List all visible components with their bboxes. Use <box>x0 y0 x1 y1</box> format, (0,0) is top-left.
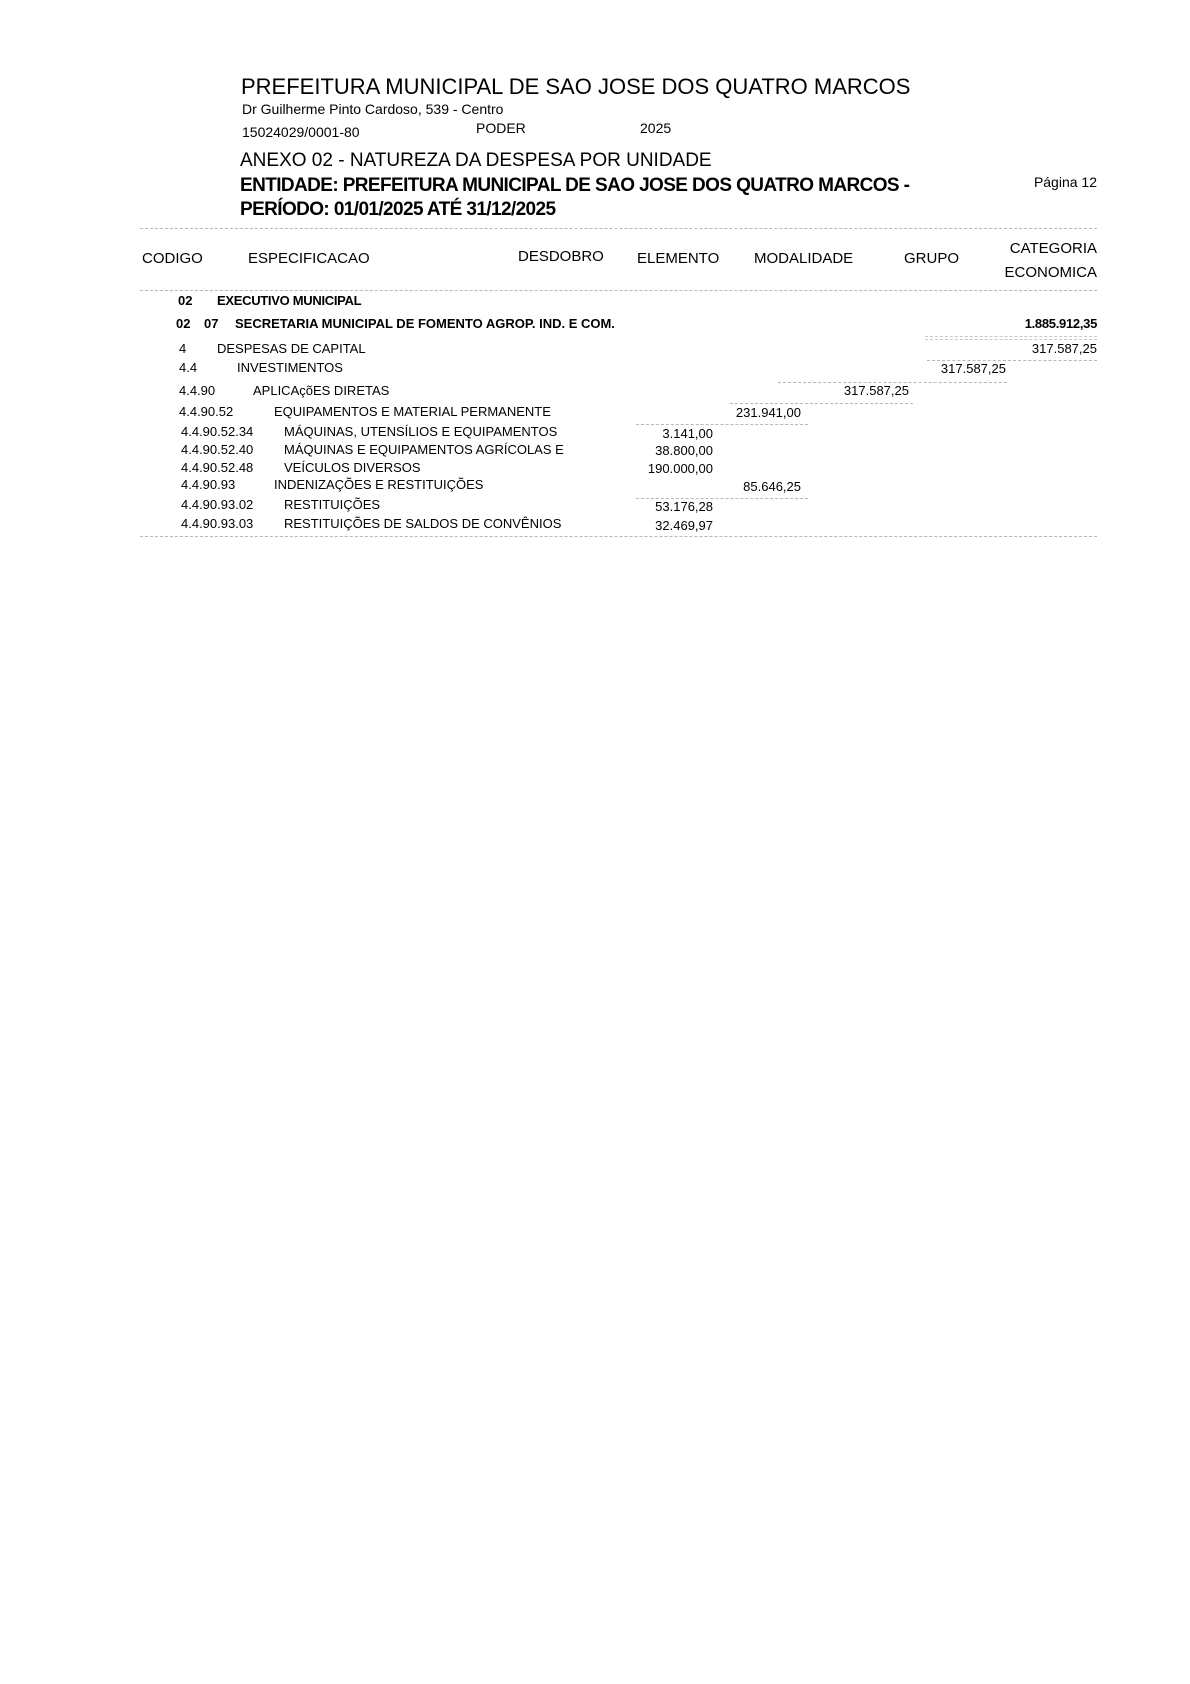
unidade-name: SECRETARIA MUNICIPAL DE FOMENTO AGROP. I… <box>235 316 615 331</box>
divider <box>730 403 913 404</box>
desdobro-value: 3.141,00 <box>662 426 713 441</box>
desdobro-value: 38.800,00 <box>655 443 713 458</box>
col-modalidade: MODALIDADE <box>754 250 853 267</box>
row-code: 4.4.90.52.40 <box>181 442 253 457</box>
row-code: 4.4.90 <box>179 383 215 398</box>
row-code: 4 <box>179 341 186 356</box>
row-desc: EQUIPAMENTOS E MATERIAL PERMANENTE <box>274 404 551 419</box>
col-categoria-line1: CATEGORIA <box>1004 240 1097 257</box>
orgao-code: 02 <box>178 293 192 308</box>
row-code: 4.4.90.93 <box>181 477 235 492</box>
row-code: 4.4.90.93.02 <box>181 497 253 512</box>
row-desc: APLICAçõES DIRETAS <box>253 383 389 398</box>
row-code: 4.4.90.52.48 <box>181 460 253 475</box>
anexo-title: ANEXO 02 - NATUREZA DA DESPESA POR UNIDA… <box>240 150 712 172</box>
address: Dr Guilherme Pinto Cardoso, 539 - Centro <box>242 101 503 117</box>
divider <box>925 339 1097 340</box>
row-desc: INDENIZAÇÕES E RESTITUIÇÕES <box>274 477 483 492</box>
elemento-value: 85.646,25 <box>743 479 801 494</box>
page-number: Página 12 <box>1034 174 1097 190</box>
col-grupo: GRUPO <box>904 250 959 267</box>
unidade-total: 1.885.912,35 <box>1025 316 1097 331</box>
divider <box>140 536 1097 537</box>
grupo-value: 317.587,25 <box>941 361 1006 376</box>
col-codigo: CODIGO <box>142 250 203 267</box>
unidade-code-2: 07 <box>204 316 218 331</box>
row-code: 4.4 <box>179 360 197 375</box>
row-desc: MÁQUINAS E EQUIPAMENTOS AGRÍCOLAS E <box>284 442 586 457</box>
entidade: ENTIDADE: PREFEITURA MUNICIPAL DE SAO JO… <box>240 175 909 197</box>
row-desc: DESPESAS DE CAPITAL <box>217 341 366 356</box>
desdobro-value: 32.469,97 <box>655 518 713 533</box>
periodo: PERÍODO: 01/01/2025 ATÉ 31/12/2025 <box>240 199 555 221</box>
elemento-value: 231.941,00 <box>736 405 801 420</box>
divider <box>636 424 808 425</box>
row-desc: VEÍCULOS DIVERSOS <box>284 460 421 475</box>
row-desc: RESTITUIÇÕES <box>284 497 380 512</box>
divider <box>140 228 1097 229</box>
row-code: 4.4.90.52.34 <box>181 424 253 439</box>
unidade-code-1: 02 <box>176 316 190 331</box>
row-code: 4.4.90.52 <box>179 404 233 419</box>
divider <box>925 336 1097 337</box>
categoria-value: 317.587,25 <box>1032 341 1097 356</box>
orgao-name: EXECUTIVO MUNICIPAL <box>217 293 361 308</box>
desdobro-value: 190.000,00 <box>648 461 713 476</box>
col-categoria: CATEGORIA ECONOMICA <box>1004 240 1097 281</box>
row-code: 4.4.90.93.03 <box>181 516 253 531</box>
modalidade-value: 317.587,25 <box>844 383 909 398</box>
col-elemento: ELEMENTO <box>637 250 719 267</box>
col-desdobro: DESDOBRO <box>518 248 604 265</box>
row-desc: INVESTIMENTOS <box>237 360 343 375</box>
year: 2025 <box>640 120 671 136</box>
desdobro-value: 53.176,28 <box>655 499 713 514</box>
divider <box>140 290 1097 291</box>
poder-label: PODER <box>476 120 526 136</box>
report-title: PREFEITURA MUNICIPAL DE SAO JOSE DOS QUA… <box>241 74 910 100</box>
row-desc: MÁQUINAS, UTENSÍLIOS E EQUIPAMENTOS <box>284 424 557 439</box>
cnpj: 15024029/0001-80 <box>242 124 360 140</box>
col-categoria-line2: ECONOMICA <box>1004 264 1097 281</box>
row-desc: RESTITUIÇÕES DE SALDOS DE CONVÊNIOS <box>284 516 561 531</box>
col-especificacao: ESPECIFICACAO <box>248 250 370 267</box>
